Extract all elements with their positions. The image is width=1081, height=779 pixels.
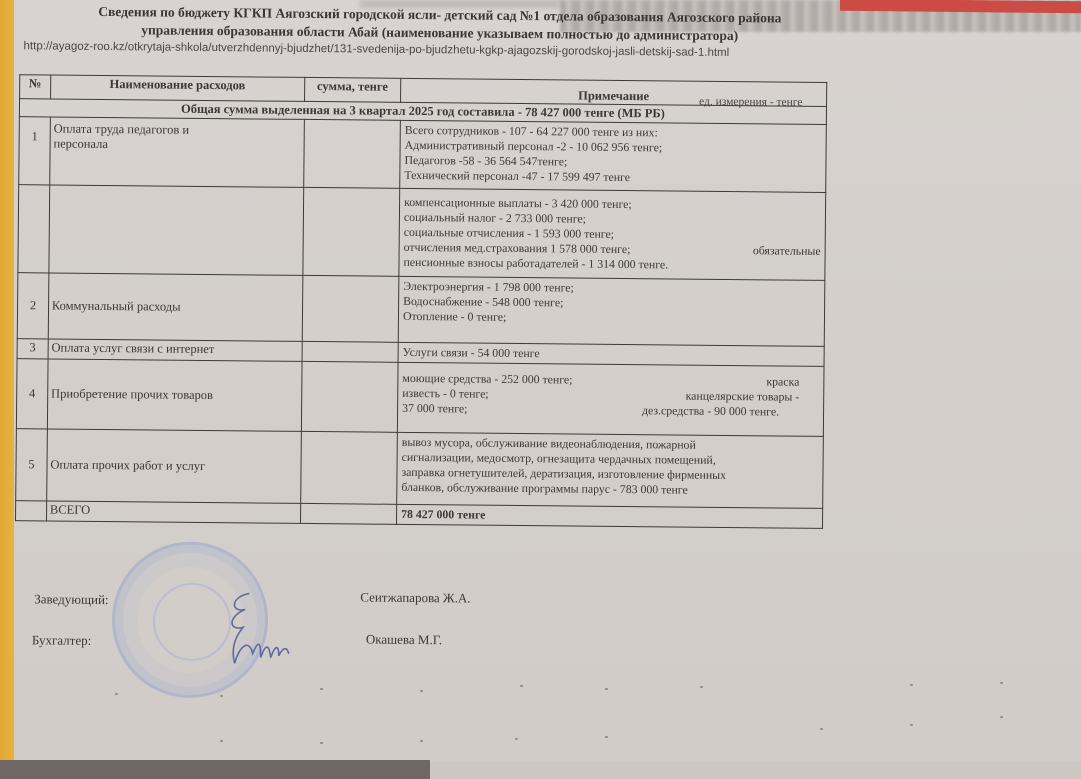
note-line: Услуги связи - 54 000 тенге: [403, 345, 820, 364]
accountant-label: Бухгалтер:: [32, 632, 92, 649]
header-no: №: [20, 75, 51, 99]
row-note: вывоз мусора, обслуживание видеонаблюден…: [397, 432, 824, 508]
note-text: обязательные: [753, 243, 821, 259]
row-name: [49, 185, 304, 275]
row-note: Электроэнергия - 1 798 000 тенге; Водосн…: [398, 276, 825, 346]
note-text: канцелярские товары -: [686, 389, 800, 405]
row-name: Оплата услуг связи с интернет: [48, 339, 302, 361]
row-sum: [303, 119, 400, 188]
note-line: Технический персонал -47 - 17 599 497 те…: [404, 168, 821, 187]
budget-table: № Наименование расходов сумма, тенге При…: [15, 74, 827, 529]
row-name: Приобретение прочих товаров: [47, 359, 301, 431]
row-no: [16, 501, 47, 521]
row-note: моющие средства - 252 000 тенге; краска …: [397, 362, 824, 436]
row-no: 3: [17, 339, 48, 359]
row-name: Оплата труда педагогов и персонала: [50, 117, 304, 187]
row-sum: [301, 361, 398, 432]
row-name: Оплата прочих работ и услуг: [47, 429, 301, 503]
row-sum: [302, 341, 399, 362]
note-text: моющие средства - 252 000 тенге;: [402, 371, 572, 388]
note-text: известь - 0 тенге;: [402, 386, 488, 402]
row-note: компенсационные выплаты - 3 420 000 тенг…: [399, 188, 826, 280]
table-row: 1 Оплата труда педагогов и персонала Все…: [19, 117, 827, 193]
row-sum: [303, 187, 400, 276]
row-sum: [302, 275, 399, 342]
note-text: 37 000 тенге;: [402, 401, 467, 417]
grand-total-value: 78 427 000 тенге: [397, 504, 823, 528]
note-line: 37 000 тенге; дез.средства - 90 000 тенг…: [402, 401, 799, 420]
row-note: Всего сотрудников - 107 - 64 227 000 тен…: [400, 120, 827, 192]
signature-mark: [209, 587, 300, 668]
document-title: Сведения по бюджету КГКП Аягозский город…: [60, 3, 820, 46]
grand-total-sum: [300, 503, 397, 524]
accountant-name: Окашева М.Г.: [366, 632, 442, 649]
grand-total-label: ВСЕГО: [46, 501, 300, 523]
table-row: 2 Коммунальный расходы Электроэнергия - …: [17, 273, 825, 347]
row-sum: [300, 431, 397, 504]
note-line: бланков, обслуживание программы парус - …: [401, 480, 818, 499]
row-no: 1: [19, 117, 51, 185]
head-name: Сеитжапарова Ж.А.: [360, 589, 470, 606]
header-sum: сумма, тенге: [304, 77, 401, 102]
head-label: Заведующий:: [34, 591, 108, 608]
row-no: 2: [17, 273, 48, 339]
row-name: Коммунальный расходы: [48, 273, 302, 341]
row-no: 4: [16, 359, 48, 429]
table-row: компенсационные выплаты - 3 420 000 тенг…: [18, 185, 826, 281]
row-no: 5: [16, 429, 48, 501]
row-no: [18, 185, 50, 273]
note-text: дез.средства - 90 000 тенге.: [642, 403, 779, 419]
table-row: 5 Оплата прочих работ и услуг вывоз мусо…: [16, 429, 824, 509]
note-line: Отопление - 0 тенге;: [403, 309, 820, 328]
header-name: Наименование расходов: [50, 75, 304, 101]
note-text: краска: [766, 374, 799, 389]
table-row: 4 Приобретение прочих товаров моющие сре…: [16, 359, 824, 437]
table-surface: [0, 760, 430, 779]
